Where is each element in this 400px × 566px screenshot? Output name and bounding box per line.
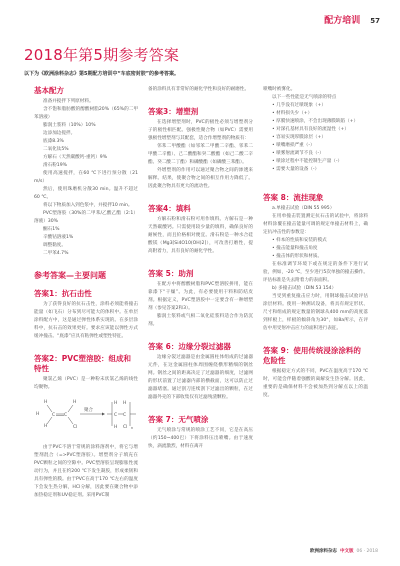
formula-line: 含不饱和脂肪酸的醇酸树脂20%（65%的二甲苯溶液） bbox=[34, 106, 138, 122]
column-3: 喷嘴时被雾化。 以下一些性能是无气喷涂的特点 几乎没有过喷现象（+） 材料损失少… bbox=[263, 86, 368, 400]
answer-4-text: 方解石粉和滑石粉可用作填料。方解石是一种天然碳酸钙。只需使用较少量的填料，确保良… bbox=[148, 216, 253, 256]
heading-answer-2: 答案2：PVC塑溶胶：组成和特性 bbox=[34, 354, 138, 374]
heading-answer-7: 答案 7：无气喷涂 bbox=[148, 415, 253, 425]
heading-answer-8: 答案 8：流挂现象 bbox=[263, 193, 368, 203]
continued-text: 备的涂料具有非常好的耐化学性和良好的耐磨性。 bbox=[148, 86, 253, 94]
continued-text: 喷嘴时被雾化。 bbox=[263, 86, 368, 94]
test-a-title: a.单撞击试验（DIN 55 995） bbox=[263, 205, 368, 213]
formula-line: 滑石粉19% bbox=[34, 162, 138, 170]
formula-line: 二甲苯4.7% bbox=[34, 250, 138, 258]
svg-text:H: H bbox=[123, 400, 126, 406]
formula-line: 二氧化钛5% bbox=[34, 146, 138, 154]
airless-point: 容易实现厚膜涂层（+） bbox=[263, 134, 368, 142]
formula-line: 边添加边搅拌。 bbox=[34, 130, 138, 138]
answer-9-text: 根据稳定方式的不同，PVC在温度高于170 ℃时，可能会伴随着强酸的离解发生热分… bbox=[263, 368, 368, 400]
test-a-text: 在用单撞击装置测定抗石击的试验中，将涂料材料涂覆在撞击能量可调的规定单撞击材料上… bbox=[263, 213, 368, 237]
formula-line: 酮石1% bbox=[34, 226, 138, 234]
edition-label: 中文版 bbox=[340, 548, 354, 554]
svg-text:C: C bbox=[64, 412, 67, 418]
section-label: 配方培训 bbox=[324, 13, 360, 26]
answer-3-paragraph: 邻苯二甲酸酯（如邻苯二甲酸二辛酯、邻苯二甲酸二辛酯）、己二酸酯和癸二酸酯（如己二… bbox=[148, 143, 253, 167]
answer-3-paragraph: 外增塑剂的作用可以通过聚合物之间的渗透来解释。结果，使聚合物之间的相互作用力降低… bbox=[148, 167, 253, 191]
test-b-title: b) 多撞击试验（DIN 53 154） bbox=[263, 285, 368, 293]
svg-text:聚合: 聚合 bbox=[84, 406, 93, 413]
answer-5-paragraph: 膨润土浆料或气相二氧化硅浆料适合作为防沉剂。 bbox=[148, 313, 253, 329]
page-header: 配方培训 57 bbox=[324, 13, 380, 26]
svg-text:C: C bbox=[114, 412, 117, 418]
svg-text:H: H bbox=[114, 400, 117, 406]
issue-label: 06 · 2018 bbox=[357, 549, 378, 554]
formula-line: 准备并搅拌下列原材料。 bbox=[34, 98, 138, 106]
svg-text:H: H bbox=[44, 399, 47, 405]
heading-basic-formula: 基本配方 bbox=[34, 86, 138, 96]
svg-text:C: C bbox=[123, 412, 126, 418]
heading-main-issues: 参考答案—主要问题 bbox=[34, 271, 138, 281]
test-param: 样本的性质和安装的模式 bbox=[263, 237, 368, 245]
test-param: 撞击体的形状和材质。 bbox=[263, 253, 368, 261]
svg-text:C: C bbox=[52, 412, 55, 418]
formula-line: PVC塑溶胶（30%的二甲苯/乙酸乙酯（2:1）溶液）30% bbox=[34, 210, 138, 226]
answer-3-paragraph: 在选择增塑剂时，PVC的极性必须与增塑剂分子的极性相匹配。强极性聚合物（如PVC… bbox=[148, 119, 253, 143]
airless-point: 几乎没有过喷现象（+） bbox=[263, 102, 368, 110]
page-title: 2018年第5期参考答案 bbox=[24, 44, 179, 65]
intro-text: 以下为《欧洲涂料杂志》第5期配方培训中“车底密封胶”的参考答案。 bbox=[24, 70, 179, 77]
airless-point: 厚膜快速喷涂，不会出现薄膜缺陷（+） bbox=[263, 118, 368, 126]
heading-answer-3: 答案3：增塑剂 bbox=[148, 107, 253, 117]
airless-point: 需要大量的设备（-） bbox=[263, 166, 368, 174]
svg-text:H: H bbox=[73, 399, 76, 405]
test-b-text: 当受到重复撞击应力时，用钢球撞击试验评估涂层材料。使用一种测试设备，将具有规定形… bbox=[263, 293, 368, 333]
magazine-name: 欧洲涂料杂志 bbox=[310, 548, 337, 554]
heading-answer-6: 答案 6：边缘分裂过滤器 bbox=[148, 342, 253, 352]
heading-answer-9: 答案 9：使用传统浸涂涂料的危险性 bbox=[263, 346, 368, 366]
formula-line: 调整黏度。 bbox=[34, 242, 138, 250]
heading-answer-5: 答案 5：助剂 bbox=[148, 269, 253, 279]
formula-line: 然后，使用珠磨机分散30 min。温升不超过60 ℃。 bbox=[34, 186, 138, 202]
heading-answer-4: 答案4：填料 bbox=[148, 204, 253, 214]
airless-point: 喷涂过程中不能控制生产量（-） bbox=[263, 158, 368, 166]
svg-text:H: H bbox=[114, 424, 117, 430]
test-a-text-2: 在标准调节环境下或在规定的条件下进行试验，例如，-20 ℃，至少进行5次单独的撞… bbox=[263, 261, 368, 285]
airless-point: 材料损失少（+） bbox=[263, 110, 368, 118]
airless-point: 喷嘴磨损严重（-） bbox=[263, 142, 368, 150]
formula-line: 膨润土浆料（10%）10% bbox=[34, 122, 138, 130]
formula-line: 底漆8.3% bbox=[34, 138, 138, 146]
heading-answer-1: 答案1：抗石击性 bbox=[34, 289, 138, 299]
formula-line: 方解石（天然碳酸钙-重钙）9% bbox=[34, 154, 138, 162]
svg-text:H: H bbox=[36, 411, 39, 417]
answer-6-text: 边缘分裂过滤器是由金属圆柱体组成的过滤器元件，在这金属圆柱体周围缠绕横形精细的钢… bbox=[148, 354, 253, 402]
test-param: 撞击能量和撞击角度 bbox=[263, 245, 368, 253]
airless-intro: 以下一些性能是无气喷涂的特点 bbox=[263, 94, 368, 102]
airless-point: 喷雾射流调节不良（-） bbox=[263, 150, 368, 158]
page-number: 57 bbox=[370, 17, 380, 25]
svg-text:Cl: Cl bbox=[123, 424, 127, 430]
svg-text:Cl: Cl bbox=[73, 424, 77, 430]
formula-line: 辛酸钴溶液1% bbox=[34, 234, 138, 242]
column-2: 备的涂料具有非常好的耐化学性和良好的耐磨性。 答案3：增塑剂 在选择增塑剂时，P… bbox=[148, 86, 253, 451]
pvc-polymerization-diagram: H H H C C H Cl 聚合 H C H H C Cl n bbox=[34, 396, 138, 436]
answer-2-text-2: 由于PVC不溶于常规的涂料溶剂中，将它与增塑剂混合（=>PVC塑溶胶）。增塑剂分… bbox=[34, 444, 138, 500]
answer-1-text: 为了获得良好的抗石击性，涂料必须能将撞击能量（如飞石）分布到尽可能大的体积中。在… bbox=[34, 301, 138, 341]
formula-line: 将以下物质加入到色浆中，并搅拌10 min。 bbox=[34, 202, 138, 210]
formula-line: 使用高速搅拌，在60 ℃下进行预分散（21 m/s） bbox=[34, 170, 138, 186]
answer-5-paragraph: 在配方中将醇酸树脂和PVC塑溶胶拼用，能在靠漆下“干燥”。为此，有必要使用干料和… bbox=[148, 281, 253, 313]
page-footer: 欧洲涂料杂志 中文版 06 · 2018 bbox=[310, 548, 378, 554]
column-1: 基本配方 准备并搅拌下列原材料。 含不饱和脂肪酸的醇酸树脂20%（65%的二甲苯… bbox=[34, 86, 138, 500]
answer-2-text-1: 聚氯乙烯（PVC）是一种粉末状氯乙烯的线性均聚物。 bbox=[34, 376, 138, 392]
airless-point: 对深孔基材具有良好的流湿性（+） bbox=[263, 126, 368, 134]
answer-7-text: 无气喷涂与常规的喷涂工艺不同，它是在高压（约150~400巴）下将涂料压出喷嘴。… bbox=[148, 427, 253, 451]
svg-text:n: n bbox=[131, 426, 133, 430]
